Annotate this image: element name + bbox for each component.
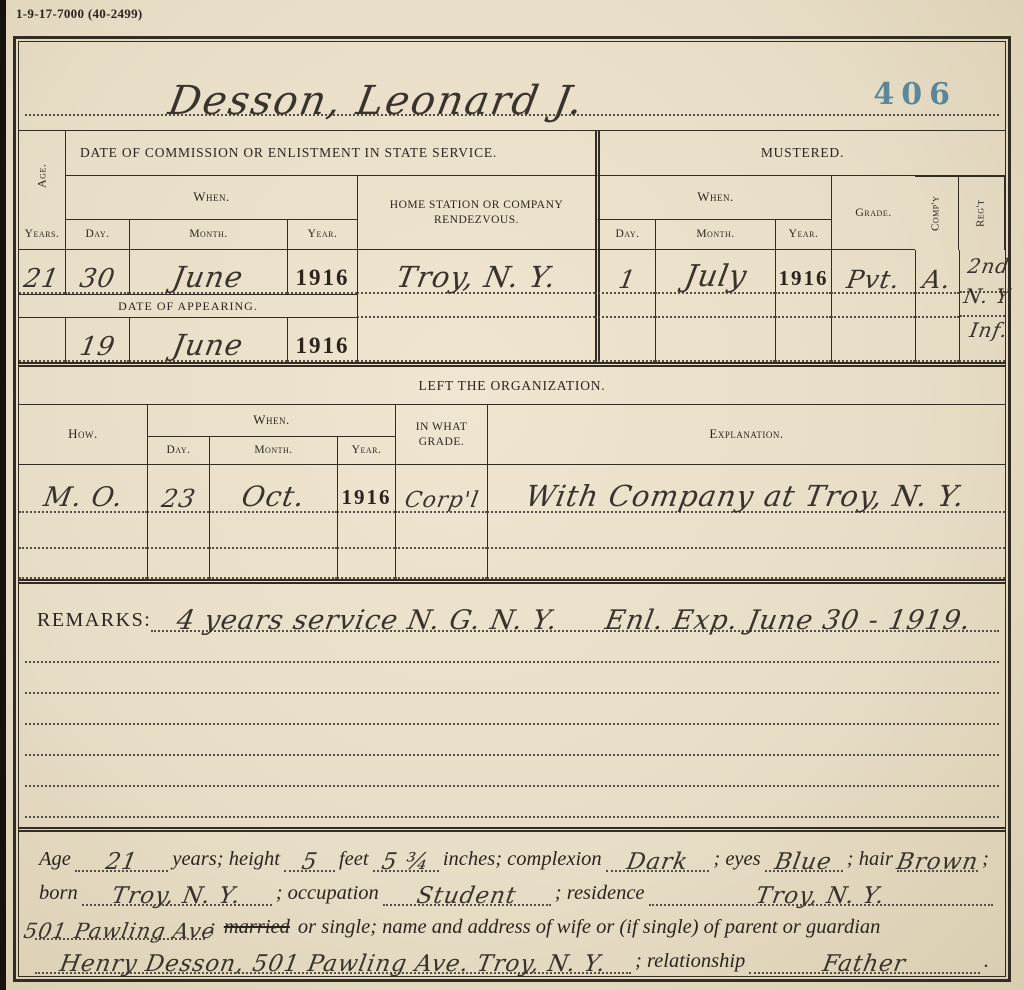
in-what-grade-header: IN WHAT GRADE. (395, 405, 487, 465)
home-station-value: Troy, N. Y. (357, 250, 595, 294)
grade-header: Grade. (831, 176, 915, 250)
hair-label: ; hair (847, 848, 893, 871)
mustered-day-value: 1 (595, 250, 655, 294)
occupation-label: ; occupation (276, 882, 379, 905)
company-blank-2 (915, 318, 959, 362)
feet-label: feet (339, 848, 369, 871)
enlistment-year-value: 1916 (287, 250, 357, 294)
how-blank-1 (19, 513, 147, 549)
how-value: M. O. (19, 465, 147, 513)
name-row: Desson, Leonard J. 406 (19, 42, 1005, 130)
years-height-label: years; height (172, 848, 280, 871)
left-organization-table: LEFT THE ORGANIZATION. How. When. IN WHA… (19, 362, 1005, 579)
remarks-line: REMARKS: 4 years service N. G. N. Y. Enl… (19, 594, 1005, 632)
remarks-underline: 4 years service N. G. N. Y. Enl. Exp. Ju… (151, 605, 999, 632)
grade-blank-2 (831, 318, 915, 362)
mustered-year-header: Year. (775, 220, 831, 250)
card-inner-border: Desson, Leonard J. 406 Age. DATE OF COMM… (18, 41, 1006, 977)
regiment-value: 2nd N. Y. Inf. (959, 250, 1005, 362)
blank-ruled-line (25, 632, 999, 663)
age-column-header: Age. (19, 131, 65, 220)
explanation-blank-1 (487, 513, 1005, 549)
born-field: Troy, N. Y. (82, 883, 272, 906)
line1-end-punct: ; (982, 848, 989, 871)
left-grade-blank-1 (395, 513, 487, 549)
mustered-month-value: July (655, 250, 775, 294)
description-line-2: born Troy, N. Y. ; occupation Student ; … (35, 872, 993, 906)
married-word-struck: married (224, 916, 290, 939)
eyes-field: Blue (765, 849, 843, 872)
home-station-blank-2 (357, 318, 595, 362)
how-header: How. (19, 405, 147, 465)
left-month-blank-1 (209, 513, 337, 549)
date-of-appearing-header: DATE OF APPEARING. (19, 294, 357, 318)
left-month-header: Month. (209, 437, 337, 465)
hair-field: Brown (897, 849, 978, 872)
blank-ruled-line (25, 787, 999, 818)
mustered-when-header: When. (595, 176, 831, 220)
enlistment-year-header: Year. (287, 220, 357, 250)
form-number: 1-9-17-7000 (40-2499) (16, 6, 143, 22)
company-blank-1 (915, 294, 959, 318)
left-day-blank-1 (147, 513, 209, 549)
address-continuation-field: 501 Pawling Ave (35, 919, 205, 940)
enlistment-month-header: Month. (129, 220, 287, 250)
enlistment-section-title: DATE OF COMMISSION OR ENLISTMENT IN STAT… (65, 131, 595, 176)
relationship-label: ; relationship (635, 950, 745, 973)
home-station-header: HOME STATION OR COMPANY RENDEZVOUS. (357, 176, 595, 250)
remarks-text: 4 years service N. G. N. Y. Enl. Exp. Ju… (175, 605, 974, 636)
description-line-1: Age 21 years; height 5 feet 5 ¾ inches; … (35, 838, 993, 872)
muster-record-card: Desson, Leonard J. 406 Age. DATE OF COMM… (13, 36, 1011, 982)
mustered-day-header: Day. (595, 220, 655, 250)
blank-ruled-line (25, 694, 999, 725)
grade-value: Pvt. (831, 250, 915, 294)
relationship-field: Father (749, 951, 980, 974)
in-what-grade-line1: IN WHAT (416, 420, 468, 434)
left-day-header: Day. (147, 437, 209, 465)
page-edge-shadow (0, 0, 6, 990)
eyes-label: ; eyes (713, 848, 760, 871)
left-when-header: When. (147, 405, 395, 437)
appearing-month-value: June (129, 318, 287, 362)
grade-blank-1 (831, 294, 915, 318)
residence-label: ; residence (555, 882, 645, 905)
company-value: A. (915, 250, 959, 294)
desc-age-field: 21 (75, 849, 168, 872)
inches-complexion-label: inches; complexion (443, 848, 602, 871)
enlistment-month-value: June (129, 250, 287, 294)
explanation-blank-2 (487, 549, 1005, 579)
page-number-stamp: 406 (873, 77, 957, 112)
soldier-name: Desson, Leonard J. (165, 78, 588, 124)
years-header: Years. (19, 220, 65, 250)
residence-field: Troy, N. Y. (649, 883, 993, 906)
mustered-month-blank-2 (655, 318, 775, 362)
mustered-year-blank-1 (775, 294, 831, 318)
mustered-day-blank-2 (595, 318, 655, 362)
home-station-header-line2: RENDEZVOUS. (434, 213, 519, 227)
left-year-header: Year. (337, 437, 395, 465)
left-month-blank-2 (209, 549, 337, 579)
blank-ruled-line (25, 725, 999, 756)
remarks-section: REMARKS: 4 years service N. G. N. Y. Enl… (19, 579, 1005, 827)
years-blank-2 (19, 318, 65, 362)
final-period-punct: . (984, 950, 989, 973)
description-line-4: Henry Desson, 501 Pawling Ave. Troy, N. … (35, 940, 993, 974)
scanned-record-photo: { "meta": { "form_number": "1-9-17-7000 … (0, 0, 1024, 990)
born-label: born (39, 882, 78, 905)
enlistment-day-value: 30 (65, 250, 129, 294)
company-header: Comp'y (915, 176, 959, 250)
left-year-blank-2 (337, 549, 395, 579)
mustered-month-blank-1 (655, 294, 775, 318)
single-phrase: or single; name and address of wife or (… (298, 916, 881, 939)
mustered-day-blank-1 (595, 294, 655, 318)
mustered-year-value: 1916 (775, 250, 831, 294)
mustered-section-title: MUSTERED. (595, 131, 1005, 176)
remarks-label: REMARKS: (37, 609, 151, 632)
guardian-name-field: Henry Desson, 501 Pawling Ave. Troy, N. … (35, 951, 631, 974)
mustered-month-header: Month. (655, 220, 775, 250)
in-what-grade-line2: GRADE. (419, 435, 465, 449)
enlistment-when-header: When. (65, 176, 357, 220)
appearing-day-value: 19 (65, 318, 129, 362)
left-organization-title: LEFT THE ORGANIZATION. (19, 367, 1005, 405)
explanation-header: Explanation. (487, 405, 1005, 465)
left-year-value: 1916 (337, 465, 395, 513)
blank-ruled-line (25, 756, 999, 787)
regiment-header: Reg't (959, 176, 1005, 250)
description-section: Age 21 years; height 5 feet 5 ¾ inches; … (19, 827, 1005, 976)
left-day-blank-2 (147, 549, 209, 579)
left-year-blank-1 (337, 513, 395, 549)
mustered-year-blank-2 (775, 318, 831, 362)
how-blank-2 (19, 549, 147, 579)
home-station-blank-1 (357, 294, 595, 318)
left-grade-blank-2 (395, 549, 487, 579)
description-line-3: 501 Pawling Ave ; married or single; nam… (35, 906, 993, 940)
enlistment-day-header: Day. (65, 220, 129, 250)
left-grade-value: Corp'l (395, 465, 487, 513)
appearing-year-value: 1916 (287, 318, 357, 362)
explanation-value: With Company at Troy, N. Y. (487, 465, 1005, 513)
enlistment-mustered-table: Age. DATE OF COMMISSION OR ENLISTMENT IN… (19, 130, 1005, 362)
blank-ruled-line (25, 663, 999, 694)
age-label: Age (39, 848, 71, 871)
left-day-value: 23 (147, 465, 209, 513)
height-inches-field: 5 ¾ (373, 849, 439, 872)
regiment-cell-line2 (960, 315, 1005, 317)
occupation-field: Student (383, 883, 551, 906)
age-value: 21 (19, 250, 65, 294)
height-feet-field: 5 (284, 849, 335, 872)
complexion-field: Dark (606, 849, 710, 872)
home-station-header-line1: HOME STATION OR COMPANY (390, 198, 563, 212)
left-month-value: Oct. (209, 465, 337, 513)
